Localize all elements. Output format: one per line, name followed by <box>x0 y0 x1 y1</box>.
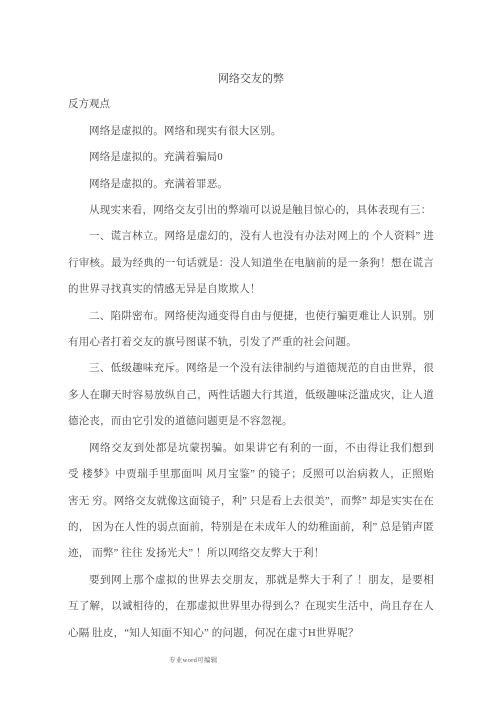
paragraph: 要到网上那个虚拟的世界去交朋友，那就是弊大于利了 ！朋友，是要相互了解，以诚相待… <box>68 568 434 647</box>
section-heading: 反方观点 <box>68 92 434 118</box>
word-page: 网络交友的弊 反方观点 网络是虚拟的。网络和现实有很大区别。网络是虚拟的。充满着… <box>0 0 500 708</box>
paragraph: 二、陷阱密布。网络使沟通变得自由与便捷，也使行骗更难让人识别。别 有用心者打着交… <box>68 304 434 357</box>
document-title: 网络交友的弊 <box>68 66 434 92</box>
paragraph: 网络是虚拟的。网络和现实有很大区别。 <box>68 119 434 145</box>
paragraph: 一、谎言林立。网络是虚幻的，没有人也没有办法对网上的 个人资料” 进 行审核。最… <box>68 224 434 303</box>
paragraph-container: 网络是虚拟的。网络和现实有很大区别。网络是虚拟的。充满着骗局0网络是虚拟的。充满… <box>68 119 434 647</box>
paragraph: 三、低级趣味充斥。网络是一个没有法律制约与道德规范的自由世界，很 多人在聊天时容… <box>68 356 434 435</box>
document-page: { "document": { "title": "网络交友的弊", "head… <box>0 0 500 708</box>
paragraph: 网络交友到处都是坑蒙拐骗。如果讲它有利的一面，不由得让我们想到 受 楼梦》中贾瑞… <box>68 436 434 568</box>
document-body: 网络交友的弊 反方观点 网络是虚拟的。网络和现实有很大区别。网络是虚拟的。充满着… <box>68 66 434 647</box>
paragraph: 网络是虚拟的。充满着骗局0 <box>68 145 434 171</box>
paragraph: 网络是虚拟的。充满着罪恶。 <box>68 172 434 198</box>
footer-watermark: 专业word可编辑 <box>169 655 218 664</box>
paragraph: 从现实来看，网络交友引出的弊端可以说是触目惊心的，具体表现有三： <box>68 198 434 224</box>
